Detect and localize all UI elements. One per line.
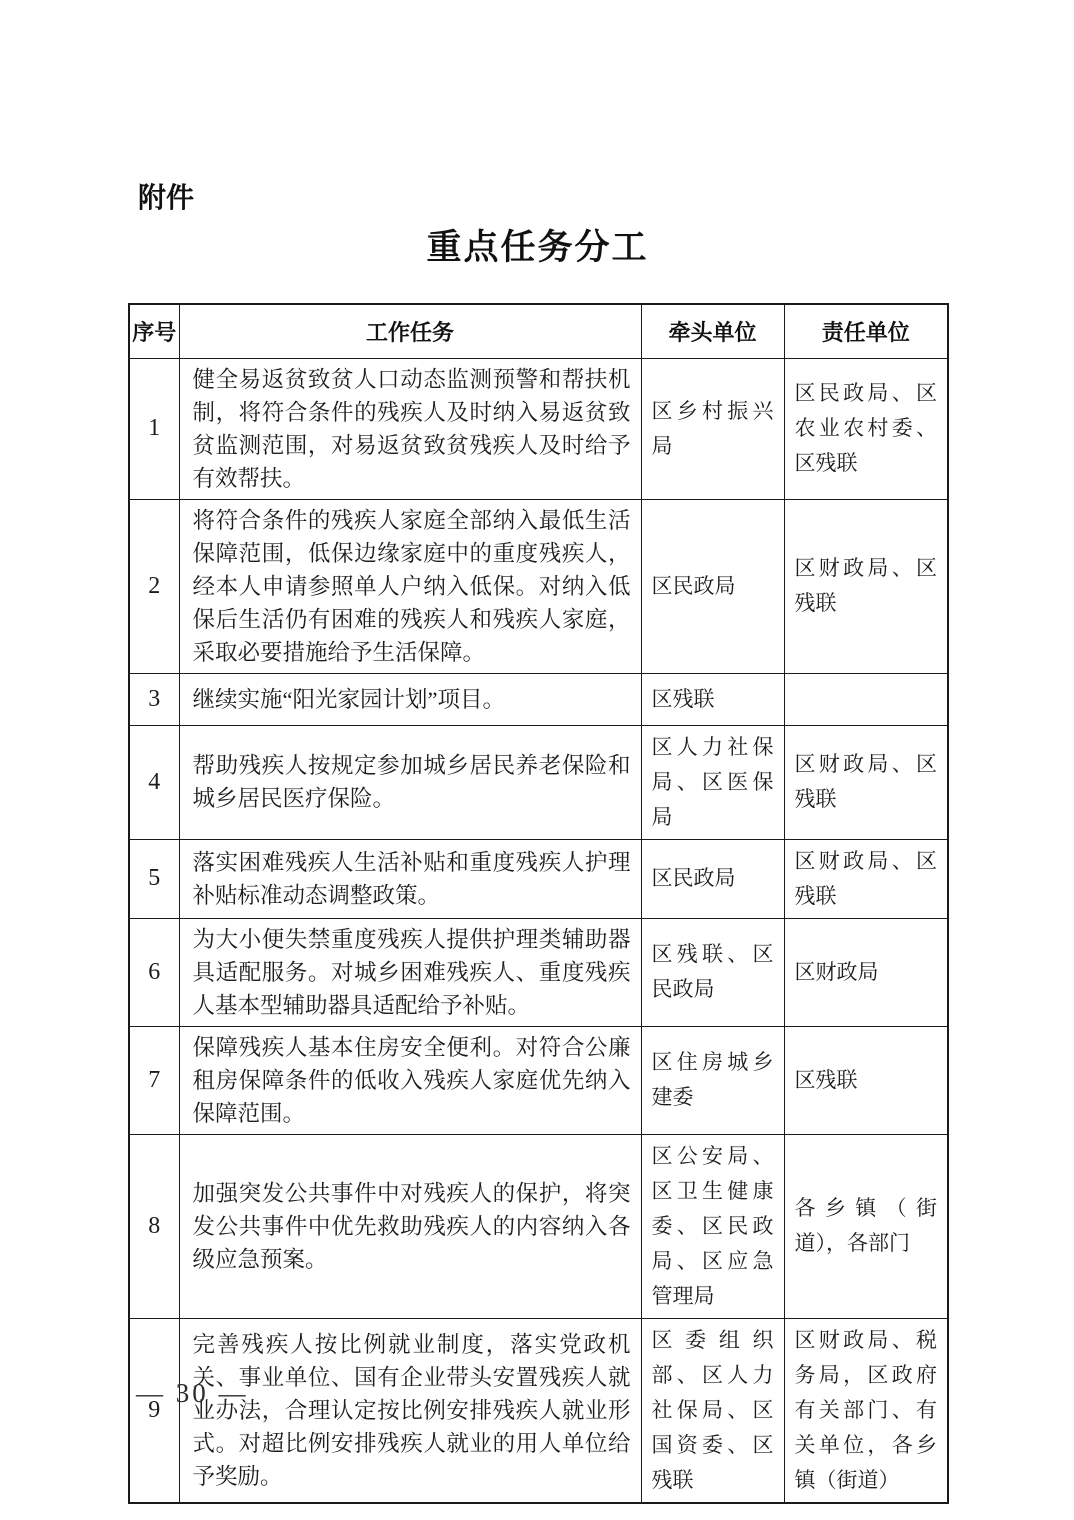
responsible-unit-cell: 区财政局、区残联 xyxy=(784,499,948,673)
task-cell: 将符合条件的残疾人家庭全部纳入最低生活保障范围，低保边缘家庭中的重度残疾人，经本… xyxy=(179,499,641,673)
task-assignment-table: 序号 工作任务 牵头单位 责任单位 1 健全易返贫致贫人口动态监测预警和帮扶机制… xyxy=(128,303,949,1504)
row-number: 6 xyxy=(129,918,179,1026)
row-number: 2 xyxy=(129,499,179,673)
row-number: 5 xyxy=(129,839,179,918)
header-lead-unit: 牵头单位 xyxy=(641,304,784,358)
row-number: 3 xyxy=(129,673,179,725)
responsible-unit-cell: 区民政局、区农业农村委、区残联 xyxy=(784,358,948,499)
task-cell: 保障残疾人基本住房安全便利。对符合公廉租房保障条件的低收入残疾人家庭优先纳入保障… xyxy=(179,1026,641,1134)
lead-unit-cell: 区乡村振兴局 xyxy=(641,358,784,499)
task-cell: 加强突发公共事件中对残疾人的保护，将突发公共事件中优先救助残疾人的内容纳入各级应… xyxy=(179,1134,641,1318)
lead-unit-cell: 区住房城乡建委 xyxy=(641,1026,784,1134)
responsible-unit-cell: 各乡镇（街道），各部门 xyxy=(784,1134,948,1318)
row-number: 8 xyxy=(129,1134,179,1318)
responsible-unit-cell xyxy=(784,673,948,725)
table-row: 6 为大小便失禁重度残疾人提供护理类辅助器具适配服务。对城乡困难残疾人、重度残疾… xyxy=(129,918,948,1026)
task-cell: 完善残疾人按比例就业制度，落实党政机关、事业单位、国有企业带头安置残疾人就业办法… xyxy=(179,1318,641,1503)
document-page: 附件 重点任务分工 序号 工作任务 牵头单位 责任单位 1 健全易返贫致贫人口动… xyxy=(0,0,1074,1520)
lead-unit-cell: 区残联、区民政局 xyxy=(641,918,784,1026)
table-row: 2 将符合条件的残疾人家庭全部纳入最低生活保障范围，低保边缘家庭中的重度残疾人，… xyxy=(129,499,948,673)
task-cell: 为大小便失禁重度残疾人提供护理类辅助器具适配服务。对城乡困难残疾人、重度残疾人基… xyxy=(179,918,641,1026)
table-row: 7 保障残疾人基本住房安全便利。对符合公廉租房保障条件的低收入残疾人家庭优先纳入… xyxy=(129,1026,948,1134)
table-row: 8 加强突发公共事件中对残疾人的保护，将突发公共事件中优先救助残疾人的内容纳入各… xyxy=(129,1134,948,1318)
header-work-task: 工作任务 xyxy=(179,304,641,358)
row-number: 1 xyxy=(129,358,179,499)
page-title: 重点任务分工 xyxy=(128,220,947,270)
lead-unit-cell: 区人力社保局、区医保局 xyxy=(641,725,784,839)
page-number: — 30 — xyxy=(136,1378,249,1409)
lead-unit-cell: 区残联 xyxy=(641,673,784,725)
table-row: 4 帮助残疾人按规定参加城乡居民养老保险和城乡居民医疗保险。 区人力社保局、区医… xyxy=(129,725,948,839)
header-responsible-unit: 责任单位 xyxy=(784,304,948,358)
row-number: 4 xyxy=(129,725,179,839)
header-serial-number: 序号 xyxy=(129,304,179,358)
responsible-unit-cell: 区财政局、税务局，区政府有关部门、有关单位，各乡镇（街道） xyxy=(784,1318,948,1503)
task-cell: 健全易返贫致贫人口动态监测预警和帮扶机制，将符合条件的残疾人及时纳入易返贫致贫监… xyxy=(179,358,641,499)
task-cell: 继续实施“阳光家园计划”项目。 xyxy=(179,673,641,725)
row-number: 7 xyxy=(129,1026,179,1134)
lead-unit-cell: 区公安局、区卫生健康委、区民政局、区应急管理局 xyxy=(641,1134,784,1318)
lead-unit-cell: 区委组织部、区人力社保局、区国资委、区残联 xyxy=(641,1318,784,1503)
attachment-label: 附件 xyxy=(138,176,194,216)
row-number: 9 xyxy=(129,1318,179,1503)
responsible-unit-cell: 区财政局、区残联 xyxy=(784,839,948,918)
table-row: 3 继续实施“阳光家园计划”项目。 区残联 xyxy=(129,673,948,725)
lead-unit-cell: 区民政局 xyxy=(641,839,784,918)
task-cell: 落实困难残疾人生活补贴和重度残疾人护理补贴标准动态调整政策。 xyxy=(179,839,641,918)
table-row: 1 健全易返贫致贫人口动态监测预警和帮扶机制，将符合条件的残疾人及时纳入易返贫致… xyxy=(129,358,948,499)
task-cell: 帮助残疾人按规定参加城乡居民养老保险和城乡居民医疗保险。 xyxy=(179,725,641,839)
responsible-unit-cell: 区财政局 xyxy=(784,918,948,1026)
lead-unit-cell: 区民政局 xyxy=(641,499,784,673)
table-row: 5 落实困难残疾人生活补贴和重度残疾人护理补贴标准动态调整政策。 区民政局 区财… xyxy=(129,839,948,918)
table-header-row: 序号 工作任务 牵头单位 责任单位 xyxy=(129,304,948,358)
table-row: 9 完善残疾人按比例就业制度，落实党政机关、事业单位、国有企业带头安置残疾人就业… xyxy=(129,1318,948,1503)
responsible-unit-cell: 区财政局、区残联 xyxy=(784,725,948,839)
responsible-unit-cell: 区残联 xyxy=(784,1026,948,1134)
